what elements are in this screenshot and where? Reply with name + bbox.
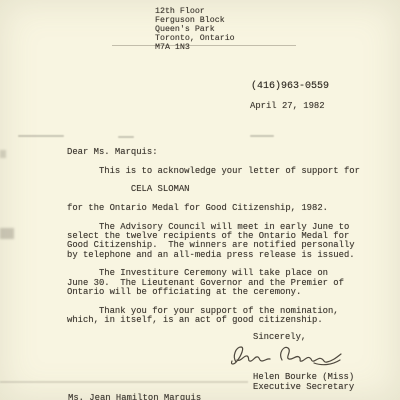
typed-signature-title: Executive Secretary (253, 382, 354, 392)
letter-text-line: Queen's Park (155, 25, 235, 34)
phone-number: (416)963-0559 (251, 81, 329, 92)
letter-text-line: M7A 1N3 (155, 43, 235, 52)
typed-signature-name: Helen Bourke (Miss) (253, 372, 354, 382)
scan-smudge (250, 135, 274, 137)
scan-smudge (18, 135, 64, 137)
signature-stroke (231, 347, 341, 365)
scan-smudge (0, 150, 6, 158)
closing-sincerely: Sincerely, (253, 332, 306, 342)
recipient-name-line: Ms. Jean Hamilton Marquis (68, 393, 201, 400)
letter-text-line: 12th Floor (155, 7, 235, 16)
letter-text-line: for the Ontario Medal for Good Citizensh… (67, 204, 360, 213)
letter-text-line: CELA SLOMAN (67, 185, 360, 194)
letter-text-line: Dear Ms. Marquis: (67, 148, 360, 157)
letter-text-line: Toronto, Ontario (155, 34, 235, 43)
letter-text-line: by telephone and an all-media press rele… (67, 251, 360, 260)
letter-text-line: Ontario will be officiating at the cerem… (67, 288, 360, 297)
letter-text-line: This is to acknowledge your letter of su… (67, 167, 360, 176)
handwritten-signature (226, 343, 344, 370)
letter-body: Dear Ms. Marquis: This is to acknowledge… (67, 148, 360, 326)
date-line: April 27, 1982 (250, 101, 325, 111)
sender-address-block: 12th FloorFerguson BlockQueen's ParkToro… (155, 7, 235, 52)
scan-smudge (0, 228, 14, 239)
letter-text-line: which, in itself, is an act of good citi… (67, 316, 360, 325)
letter-page: 12th FloorFerguson BlockQueen's ParkToro… (0, 0, 400, 400)
scan-streak (0, 381, 248, 383)
scan-smudge (118, 136, 134, 138)
letter-text-line: Ferguson Block (155, 16, 235, 25)
